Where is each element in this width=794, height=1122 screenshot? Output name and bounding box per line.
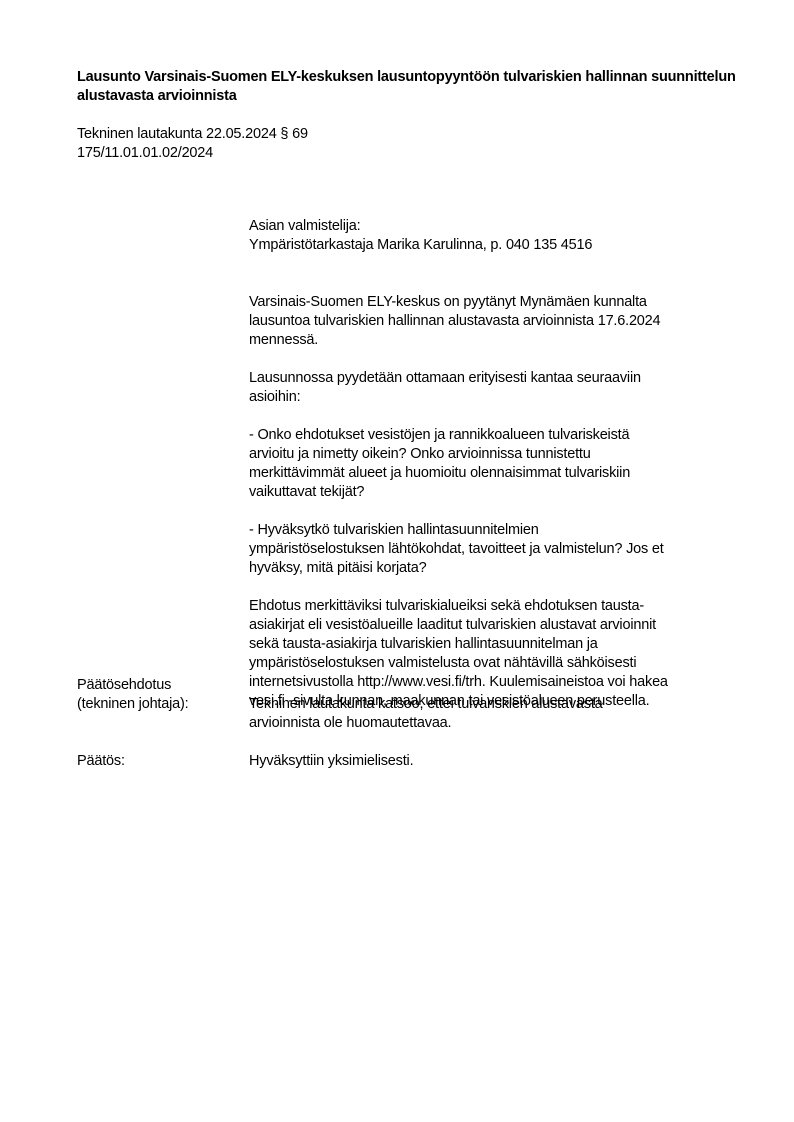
preparer-name: Ympäristötarkastaja Marika Karulinna, p.… [249, 236, 739, 255]
proposal-label: Päätösehdotus (tekninen johtaja): [77, 676, 249, 714]
proposal-text: Tekninen lautakunta katsoo, ettei tulvar… [249, 695, 739, 733]
preparer-label: Asian valmistelija: [249, 217, 739, 236]
meeting-line: Tekninen lautakunta 22.05.2024 § 69 [77, 125, 308, 144]
paragraph-materials: Ehdotus merkittäviksi tulvariskialueiksi… [249, 597, 739, 711]
preparer-block: Asian valmistelija:Ympäristötarkastaja M… [249, 198, 739, 274]
paragraph-instructions: Lausunnossa pyydetään ottamaan erityises… [249, 369, 739, 407]
record-id: 175/11.01.01.02/2024 [77, 144, 308, 163]
paragraph-question-2: - Hyväksytkö tulvariskien hallintasuunni… [249, 521, 739, 578]
paragraph-question-1: - Onko ehdotukset vesistöjen ja rannikko… [249, 426, 739, 502]
document-body: Asian valmistelija:Ympäristötarkastaja M… [249, 198, 739, 730]
paragraph-request: Varsinais-Suomen ELY-keskus on pyytänyt … [249, 293, 739, 350]
document-page: Lausunto Varsinais-Suomen ELY-keskuksen … [0, 0, 794, 1122]
document-title: Lausunto Varsinais-Suomen ELY-keskuksen … [77, 68, 737, 106]
decision-text: Hyväksyttiin yksimielisesti. [249, 752, 739, 771]
meeting-info: Tekninen lautakunta 22.05.2024 § 69 175/… [77, 125, 308, 163]
decision-label: Päätös: [77, 752, 249, 771]
